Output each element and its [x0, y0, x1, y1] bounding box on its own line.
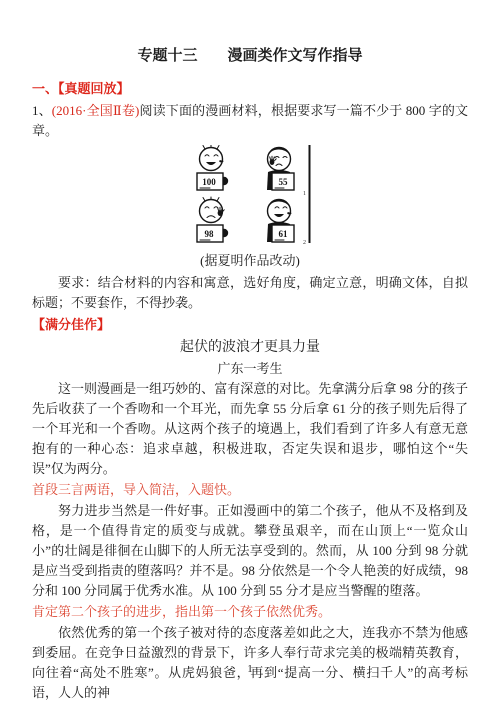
exam-prompt-line: 1、(2016·全国Ⅱ卷)阅读下面的漫画材料，根据要求写一篇不少于 800 字的…	[32, 101, 468, 141]
comic-figure: 1 2 100	[32, 145, 468, 249]
page-content: 专题十三 漫画类作文写作指导 一、【真题回放】 1、(2016·全国Ⅱ卷)阅读下…	[0, 0, 500, 703]
exam-comic-image: 1 2 100	[184, 145, 316, 249]
exam-source: (2016·全国Ⅱ卷)	[52, 103, 140, 118]
comic-panel-bottom-left: 98	[197, 197, 228, 242]
item-number: 1、	[32, 103, 52, 118]
comic-row-marker-2: 2	[303, 240, 306, 246]
score-text: 100	[202, 177, 216, 187]
score-text: 61	[279, 229, 289, 239]
teacher-note-2: 肯定第二个孩子的进步，指出第一个孩子依然优秀。	[32, 602, 468, 622]
essay-paragraph-1: 这一则漫画是一组巧妙的、富有深意的对比。先拿满分后拿 98 分的孩子先后收获了一…	[32, 379, 468, 479]
document-page: 专题十三 漫画类作文写作指导 一、【真题回放】 1、(2016·全国Ⅱ卷)阅读下…	[0, 0, 500, 707]
comic-caption: (据夏明作品改动)	[32, 251, 468, 271]
comic-row-marker-1: 1	[303, 191, 306, 197]
comic-panel-top-left: 100	[197, 145, 228, 190]
document-title: 专题十三 漫画类作文写作指导	[32, 46, 468, 66]
teacher-note-1: 首段三言两语，导入简洁，入题快。	[32, 480, 468, 500]
section-heading-exam-recall: 一、【真题回放】	[32, 79, 468, 99]
essay-title: 起伏的波浪才更具力量	[32, 337, 468, 358]
exam-requirements: 要求：结合材料的内容和寓意，选好角度，确定立意，明确文体，自拟标题；不要套作，不…	[32, 273, 468, 313]
score-text: 98	[205, 229, 215, 239]
section-heading-model-essay: 【满分佳作】	[32, 315, 468, 335]
score-text: 55	[279, 177, 289, 187]
comic-panel-top-right: 55	[267, 148, 294, 191]
essay-paragraph-2: 努力进步当然是一件好事。正如漫画中的第二个孩子，他从不及格到及格，是一个值得肯定…	[32, 501, 468, 601]
essay-byline: 广东一考生	[32, 358, 468, 379]
comic-panel-bottom-right: 61	[267, 200, 294, 243]
page-number: 1	[0, 663, 500, 675]
